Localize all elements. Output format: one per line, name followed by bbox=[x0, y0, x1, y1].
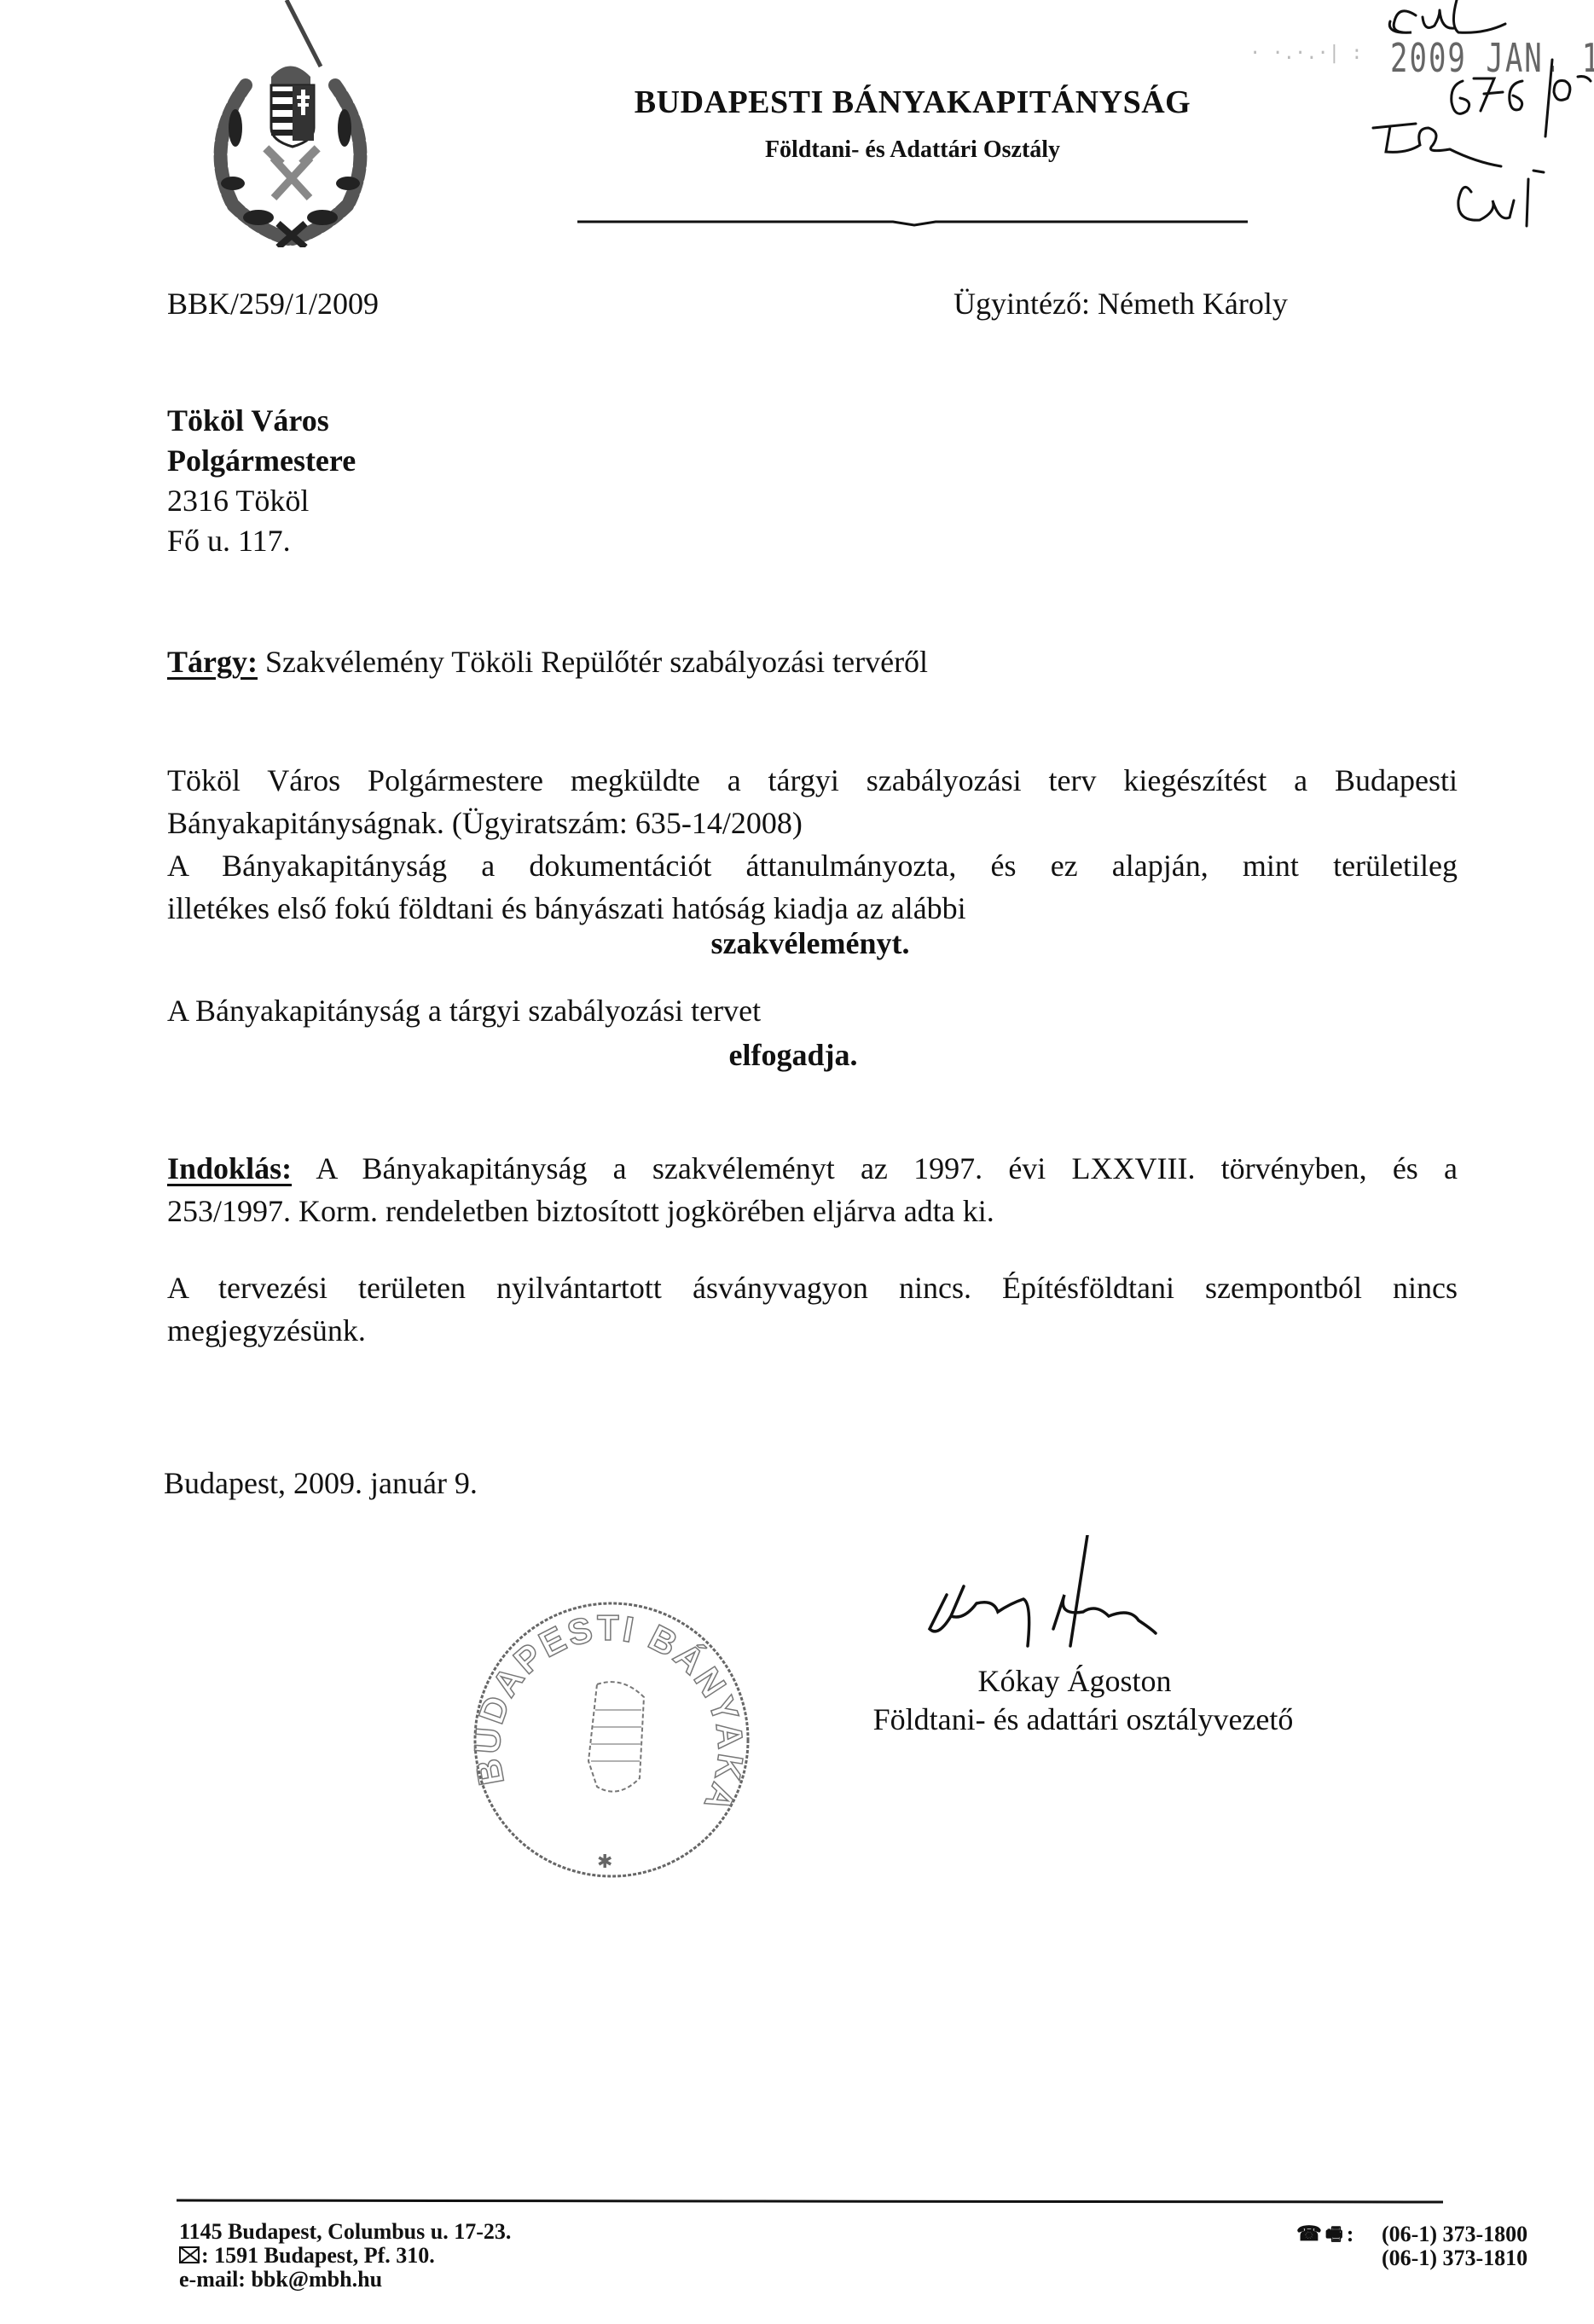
body-paragraph-2: A Bányakapitányság a tárgyi szabályozási… bbox=[167, 989, 1458, 1032]
case-officer: Ügyintéző: Németh Károly bbox=[954, 283, 1288, 324]
decision-heading: elfogadja. bbox=[665, 1037, 921, 1073]
case-officer-name: Németh Károly bbox=[1098, 287, 1288, 321]
coat-of-arms-emblem bbox=[186, 0, 391, 247]
body-paragraph-4: A tervezési területen nyilvántartott ásv… bbox=[167, 1266, 1458, 1352]
subject-line: Tárgy: Szakvélemény Tököli Repülőtér sza… bbox=[167, 641, 928, 682]
fax-icon: 🖷 bbox=[1325, 2223, 1343, 2246]
body-line: A Bányakapitányság a dokumentációt áttan… bbox=[167, 844, 1458, 887]
recipient-address-block: Tököl Város Polgármestere 2316 Tököl Fő … bbox=[167, 401, 356, 561]
body-line: Tököl Város Polgármestere megküldte a tá… bbox=[167, 759, 1458, 802]
seal-text: BUDAPESTI BÁNYAKAPITÁNYSÁG bbox=[452, 1582, 751, 1820]
body-line: Bányakapitányságnak. (Ügyiratszám: 635-1… bbox=[167, 802, 1458, 844]
recipient-line-3: 2316 Tököl bbox=[167, 481, 356, 521]
phone-number-2: (06-1) 373-1810 bbox=[1382, 2246, 1527, 2270]
phone-number-1: (06-1) 373-1800 bbox=[1382, 2223, 1527, 2246]
body-paragraph-1: Tököl Város Polgármestere megküldte a tá… bbox=[167, 759, 1458, 930]
body-line: A tervezési területen nyilvántartott ásv… bbox=[167, 1266, 1458, 1309]
telephone-icon: ☎ bbox=[1296, 2223, 1322, 2246]
recipient-line-1: Tököl Város bbox=[167, 401, 356, 441]
justification-text: A Bányakapitányság a szakvéleményt az 19… bbox=[316, 1151, 1458, 1185]
hungarian-coat-of-arms-icon bbox=[186, 0, 391, 247]
body-line: illetékes első fokú földtani és bányásza… bbox=[167, 887, 1458, 930]
body-line: A Bányakapitányság a tárgyi szabályozási… bbox=[167, 989, 1458, 1032]
recipient-line-4: Fő u. 117. bbox=[167, 521, 356, 561]
organization-name: BUDAPESTI BÁNYAKAPITÁNYSÁG bbox=[580, 84, 1245, 121]
reference-number: BBK/259/1/2009 bbox=[167, 283, 379, 324]
footer-contact-right: ☎ 🖷 : (06-1) 373-1800 (06-1) 373-1810 bbox=[1296, 2223, 1527, 2270]
footer-po-box: : 1591 Budapest, Pf. 310. bbox=[179, 2244, 511, 2268]
svg-text:BUDAPESTI BÁNYAKAPITÁNYSÁG: BUDAPESTI BÁNYAKAPITÁNYSÁG bbox=[452, 1582, 751, 1820]
round-seal-icon: BUDAPESTI BÁNYAKAPITÁNYSÁG ✱ bbox=[452, 1582, 772, 1898]
opinion-heading: szakvéleményt. bbox=[640, 925, 981, 961]
signer-title: Földtani- és adattári osztályvezető bbox=[861, 1701, 1305, 1737]
footer-divider bbox=[177, 2193, 1443, 2196]
phone-label: : bbox=[1347, 2223, 1354, 2246]
svg-text:✱: ✱ bbox=[597, 1852, 612, 1873]
handwritten-annotations bbox=[1305, 0, 1594, 239]
case-officer-label: Ügyintéző: bbox=[954, 287, 1090, 321]
official-seal: BUDAPESTI BÁNYAKAPITÁNYSÁG ✱ bbox=[452, 1582, 772, 1898]
footer-contact-left: 1145 Budapest, Columbus u. 17-23. : 1591… bbox=[179, 2220, 511, 2292]
footer-address: 1145 Budapest, Columbus u. 17-23. bbox=[179, 2220, 511, 2244]
signer-name: Kókay Ágoston bbox=[955, 1663, 1194, 1699]
letter-date: Budapest, 2009. január 9. bbox=[164, 1465, 478, 1501]
envelope-icon bbox=[179, 2246, 200, 2263]
recipient-line-2: Polgármestere bbox=[167, 441, 356, 481]
body-line: 253/1997. Korm. rendeletben biztosított … bbox=[167, 1190, 1458, 1232]
header-divider bbox=[577, 216, 1248, 219]
subject-label: Tárgy: bbox=[167, 645, 258, 679]
body-line: megjegyzésünk. bbox=[167, 1309, 1458, 1352]
justification-label: Indoklás: bbox=[167, 1151, 292, 1185]
department-name: Földtani- és Adattári Osztály bbox=[580, 136, 1245, 164]
subject-text: Szakvélemény Tököli Repülőtér szabályozá… bbox=[265, 645, 928, 679]
footer-email: e-mail: bbk@mbh.hu bbox=[179, 2268, 511, 2292]
body-line: Indoklás: A Bányakapitányság a szakvélem… bbox=[167, 1147, 1458, 1190]
justification-paragraph: Indoklás: A Bányakapitányság a szakvélem… bbox=[167, 1147, 1458, 1232]
